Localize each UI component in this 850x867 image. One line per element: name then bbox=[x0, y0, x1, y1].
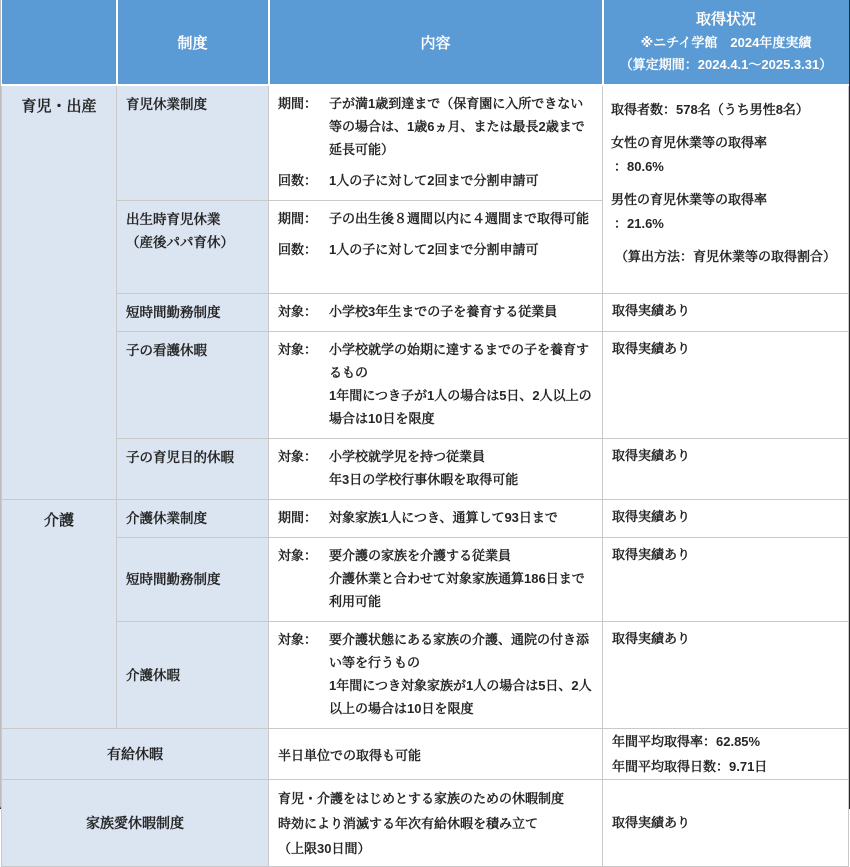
content-cell: 対象： 小学校就学児を持つ従業員 年3日の学校行事休暇を取得可能 bbox=[269, 439, 603, 500]
status-calc-method: （算出方法：育児休業等の取得割合） bbox=[611, 245, 842, 269]
status-header-title: 取得状況 bbox=[604, 8, 849, 32]
item-text: 子が満1歳到達まで（保育園に入所できない等の場合は、1歳6ヵ月、または最長2歳ま… bbox=[329, 92, 594, 161]
system-cell: 短時間勤務制度 bbox=[117, 294, 269, 332]
item-text: 対象家族1人につき、通算して93日まで bbox=[329, 506, 594, 529]
item-text: 小学校3年生までの子を養育する従業員 bbox=[329, 300, 594, 323]
item-text: 1人の子に対して2回まで分割申請可 bbox=[329, 169, 594, 192]
item-label: 対象： bbox=[278, 445, 329, 491]
table-row: 家族愛休暇制度 育児・介護をはじめとする家族のための休暇制度 時効により消滅する… bbox=[2, 780, 849, 867]
item-label: 対象： bbox=[278, 628, 329, 720]
header-system-cell: 制度 bbox=[117, 0, 269, 85]
category-childcare-cell: 育児・出産 bbox=[2, 85, 117, 500]
status-cell: 取得実績あり bbox=[603, 294, 849, 332]
status-male-rate: 男性の育児休業等の取得率 ：21.6% bbox=[611, 188, 842, 236]
table-row: 子の育児目的休暇 対象： 小学校就学児を持つ従業員 年3日の学校行事休暇を取得可… bbox=[2, 439, 849, 500]
category-care-cell: 介護 bbox=[2, 500, 117, 729]
item-text: 要介護の家族を介護する従業員 介護休業と合わせて対象家族通算186日まで利用可能 bbox=[329, 544, 594, 613]
childcare-status-cell: 取得者数：578名（うち男性8名） 女性の育児休業等の取得率 ：80.6% 男性… bbox=[603, 85, 849, 294]
content-item: 対象： 小学校就学の始期に達するまでの子を養育するもの 1年間につき子が1人の場… bbox=[278, 338, 594, 430]
content-cell: 対象： 小学校3年生までの子を養育する従業員 bbox=[269, 294, 603, 332]
table-row: 介護 介護休業制度 期間： 対象家族1人につき、通算して93日まで 取得実績あり bbox=[2, 500, 849, 538]
status-cell: 取得実績あり bbox=[603, 439, 849, 500]
content-cell: 期間： 対象家族1人につき、通算して93日まで bbox=[269, 500, 603, 538]
system-cell: 短時間勤務制度 bbox=[117, 538, 269, 622]
item-label: 期間： bbox=[278, 207, 329, 230]
content-item: 対象： 小学校就学児を持つ従業員 年3日の学校行事休暇を取得可能 bbox=[278, 445, 594, 491]
item-text: 1人の子に対して2回まで分割申請可 bbox=[329, 238, 594, 261]
status-avg-days: 年間平均取得日数：9.71日 bbox=[612, 754, 840, 779]
content-cell: 対象： 要介護の家族を介護する従業員 介護休業と合わせて対象家族通算186日まで… bbox=[269, 538, 603, 622]
system-cell: 介護休業制度 bbox=[117, 500, 269, 538]
content-item: 期間： 子の出生後８週間以内に４週間まで取得可能 bbox=[278, 207, 594, 230]
status-takers-count: 取得者数：578名（うち男性8名） bbox=[611, 98, 842, 122]
system-cell: 介護休暇 bbox=[117, 622, 269, 729]
item-text: 小学校就学児を持つ従業員 年3日の学校行事休暇を取得可能 bbox=[329, 445, 594, 491]
content-item: 回数： 1人の子に対して2回まで分割申請可 bbox=[278, 169, 594, 192]
status-header-note-1: ※ニチイ学館 2024年度実績 bbox=[604, 32, 849, 54]
content-cell: 対象： 小学校就学の始期に達するまでの子を養育するもの 1年間につき子が1人の場… bbox=[269, 332, 603, 439]
system-cell: 子の看護休暇 bbox=[117, 332, 269, 439]
content-cell: 期間： 子の出生後８週間以内に４週間まで取得可能 回数： 1人の子に対して2回ま… bbox=[269, 201, 603, 294]
content-cell: 期間： 子が満1歳到達まで（保育園に入所できない等の場合は、1歳6ヵ月、または最… bbox=[269, 85, 603, 201]
item-text: 小学校就学の始期に達するまでの子を養育するもの 1年間につき子が1人の場合は5日… bbox=[329, 338, 594, 430]
status-cell: 取得実績あり bbox=[603, 780, 849, 867]
status-cell: 年間平均取得率：62.85% 年間平均取得日数：9.71日 bbox=[603, 729, 849, 780]
table-row: 短時間勤務制度 対象： 小学校3年生までの子を養育する従業員 取得実績あり bbox=[2, 294, 849, 332]
item-label: 対象： bbox=[278, 300, 329, 323]
system-cell-family-love-leave: 家族愛休暇制度 bbox=[2, 780, 269, 867]
content-item: 対象： 小学校3年生までの子を養育する従業員 bbox=[278, 300, 594, 323]
item-label: 期間： bbox=[278, 92, 329, 161]
content-item: 回数： 1人の子に対して2回まで分割申請可 bbox=[278, 238, 594, 261]
header-category-cell bbox=[2, 0, 117, 85]
system-cell: 子の育児目的休暇 bbox=[117, 439, 269, 500]
header-status-cell: 取得状況 ※ニチイ学館 2024年度実績 （算定期間：2024.4.1～2025… bbox=[603, 0, 849, 85]
content-item: 対象： 要介護状態にある家族の介護、通院の付き添い等を行うもの 1年間につき対象… bbox=[278, 628, 594, 720]
item-text: 子の出生後８週間以内に４週間まで取得可能 bbox=[329, 207, 594, 230]
status-female-rate: 女性の育児休業等の取得率 ：80.6% bbox=[611, 131, 842, 179]
content-item: 対象： 要介護の家族を介護する従業員 介護休業と合わせて対象家族通算186日まで… bbox=[278, 544, 594, 613]
item-label: 対象： bbox=[278, 338, 329, 430]
item-label: 対象： bbox=[278, 544, 329, 613]
status-cell: 取得実績あり bbox=[603, 622, 849, 729]
content-item: 期間： 対象家族1人につき、通算して93日まで bbox=[278, 506, 594, 529]
system-cell-paid-leave: 有給休暇 bbox=[2, 729, 269, 780]
table-row: 育児・出産 育児休業制度 期間： 子が満1歳到達まで（保育園に入所できない等の場… bbox=[2, 85, 849, 201]
status-cell: 取得実績あり bbox=[603, 538, 849, 622]
status-cell: 取得実績あり bbox=[603, 332, 849, 439]
table-row: 介護休暇 対象： 要介護状態にある家族の介護、通院の付き添い等を行うもの 1年間… bbox=[2, 622, 849, 729]
status-cell: 取得実績あり bbox=[603, 500, 849, 538]
system-cell: 出生時育児休業 （産後パパ育休） bbox=[117, 201, 269, 294]
content-cell: 半日単位での取得も可能 bbox=[269, 729, 603, 780]
header-content-cell: 内容 bbox=[269, 0, 603, 85]
content-item: 期間： 子が満1歳到達まで（保育園に入所できない等の場合は、1歳6ヵ月、または最… bbox=[278, 92, 594, 161]
status-avg-rate: 年間平均取得率：62.85% bbox=[612, 729, 840, 754]
item-text: 要介護状態にある家族の介護、通院の付き添い等を行うもの 1年間につき対象家族が1… bbox=[329, 628, 594, 720]
item-label: 回数： bbox=[278, 238, 329, 261]
status-header-note-2: （算定期間：2024.4.1～2025.3.31） bbox=[604, 54, 849, 76]
item-label: 回数： bbox=[278, 169, 329, 192]
table-row: 子の看護休暇 対象： 小学校就学の始期に達するまでの子を養育するもの 1年間につ… bbox=[2, 332, 849, 439]
content-cell: 育児・介護をはじめとする家族のための休暇制度 時効により消滅する年次有給休暇を積… bbox=[269, 780, 603, 867]
benefits-table: 制度 内容 取得状況 ※ニチイ学館 2024年度実績 （算定期間：2024.4.… bbox=[1, 0, 849, 867]
system-cell: 育児休業制度 bbox=[117, 85, 269, 201]
header-row: 制度 内容 取得状況 ※ニチイ学館 2024年度実績 （算定期間：2024.4.… bbox=[2, 0, 849, 85]
table-row: 有給休暇 半日単位での取得も可能 年間平均取得率：62.85% 年間平均取得日数… bbox=[2, 729, 849, 780]
item-label: 期間： bbox=[278, 506, 329, 529]
content-cell: 対象： 要介護状態にある家族の介護、通院の付き添い等を行うもの 1年間につき対象… bbox=[269, 622, 603, 729]
table-row: 短時間勤務制度 対象： 要介護の家族を介護する従業員 介護休業と合わせて対象家族… bbox=[2, 538, 849, 622]
benefits-table-sheet: 制度 内容 取得状況 ※ニチイ学館 2024年度実績 （算定期間：2024.4.… bbox=[0, 0, 850, 809]
